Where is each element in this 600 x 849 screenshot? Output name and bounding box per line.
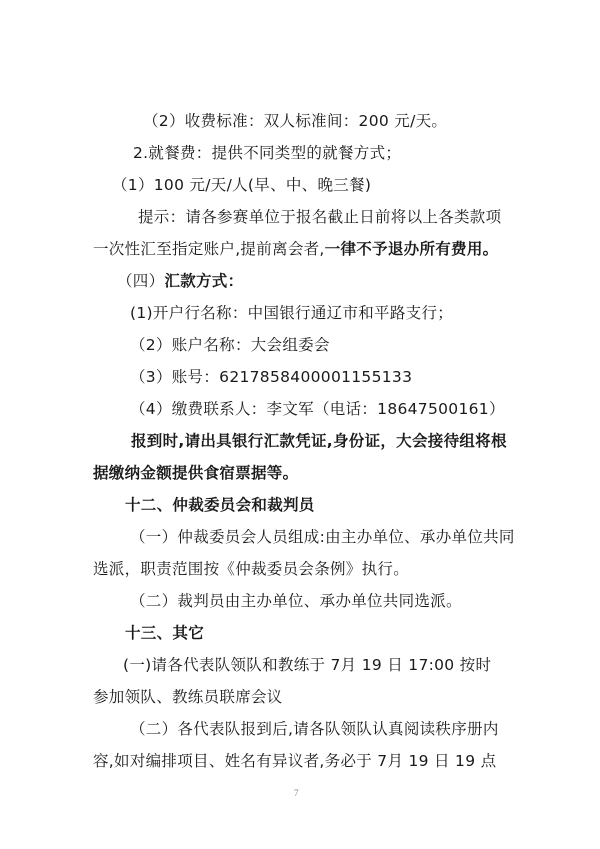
line-joint-meeting: (一)请各代表队领队和教练于 7月 19 日 17:00 按时: [123, 655, 491, 675]
line-referees: （二）裁判员由主办单位、承办单位共同选派。: [130, 591, 462, 611]
line-bank-name: (1)开户行名称：中国银行通辽市和平路支行；: [130, 303, 453, 323]
line-account-name: （2）账户名称：大会组委会: [130, 335, 330, 355]
line-schedule-review-cont: 容,如对编排项目、姓名有异议者,务必于 7月 19 日 19 点: [93, 751, 496, 771]
line-arbitration-committee: （一）仲裁委员会人员组成:由主办单位、承办单位共同: [130, 527, 515, 547]
section-remittance-method: （四）汇款方式：: [117, 271, 243, 291]
line-registration-notice-cont: 据缴纳金额提供食宿票据等。: [93, 463, 298, 483]
line-payment-notice: 提示：请各参赛单位于报名截止日前将以上各类款项: [138, 207, 501, 227]
line-payment-notice-cont: 一次性汇至指定账户,提前离会者,一律不予退办所有费用。: [93, 239, 498, 259]
line-account-number: （3）账号：6217858400001155133: [130, 367, 412, 387]
line-arbitration-committee-cont: 选派，职责范围按《仲裁委员会条例》执行。: [93, 559, 409, 579]
line-schedule-review: （二）各代表队报到后,请各队领队认真阅读秩序册内: [130, 719, 499, 739]
line-registration-notice: 报到时,请出具银行汇款凭证,身份证，大会接待组将根: [131, 431, 507, 451]
section-heading-arbitration: 十二、仲裁委员会和裁判员: [125, 495, 315, 515]
line-meal-fee-rate: （1）100 元/天/人(早、中、晚三餐): [112, 175, 371, 195]
section-heading-other: 十三、其它: [125, 623, 204, 643]
line-accommodation-fee: （2）收费标准：双人标准间：200 元/天。: [143, 111, 447, 131]
page-number: 7: [294, 788, 299, 798]
line-joint-meeting-cont: 参加领队、教练员联席会议: [93, 687, 283, 707]
line-payment-contact: （4）缴费联系人：李文军（电话：18647500161）: [130, 399, 505, 419]
line-meal-fee-heading: 2.就餐费：提供不同类型的就餐方式；: [133, 143, 401, 163]
